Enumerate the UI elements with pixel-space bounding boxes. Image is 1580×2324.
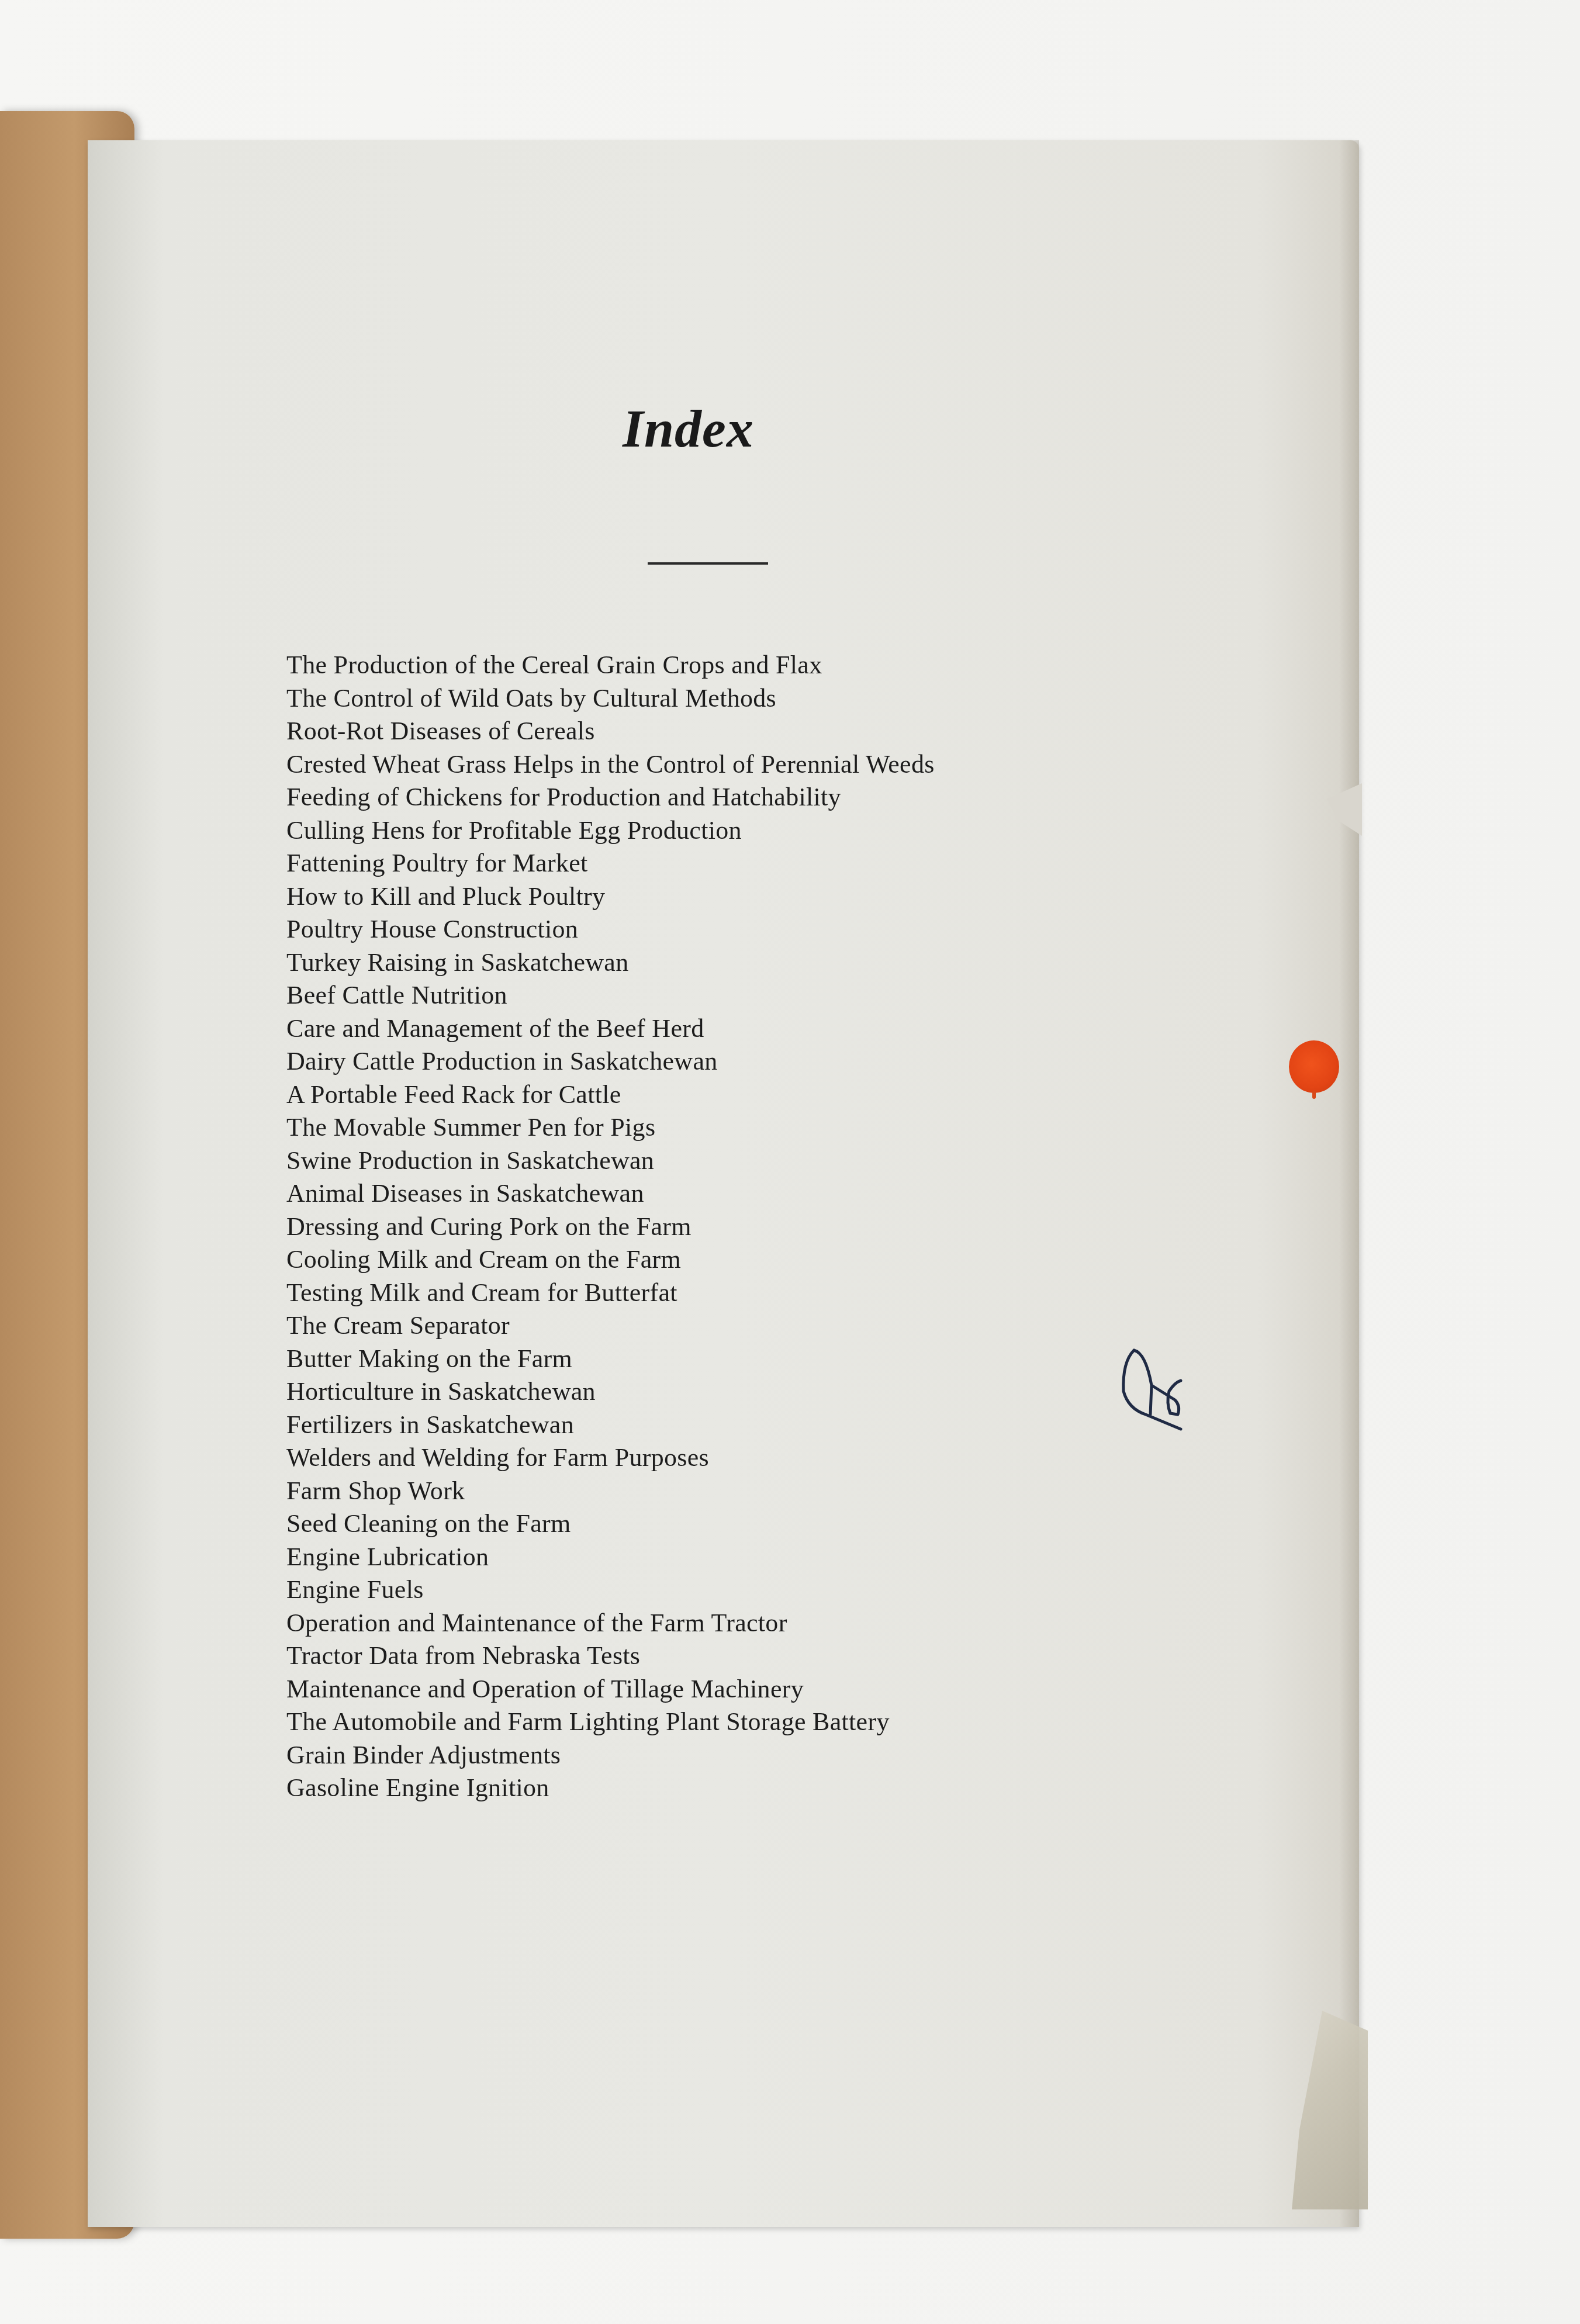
index-entry: Seed Cleaning on the Farm — [286, 1507, 935, 1541]
index-entry: Gasoline Engine Ignition — [286, 1772, 935, 1805]
index-entry: Horticulture in Saskatchewan — [286, 1375, 935, 1409]
index-entry: The Control of Wild Oats by Cultural Met… — [286, 682, 935, 715]
index-entry: The Production of the Cereal Grain Crops… — [286, 649, 935, 682]
index-entry: The Automobile and Farm Lighting Plant S… — [286, 1706, 935, 1739]
index-list: The Production of the Cereal Grain Crops… — [286, 649, 935, 1805]
index-entry: Root-Rot Diseases of Cereals — [286, 715, 935, 748]
index-entry: Testing Milk and Cream for Butterfat — [286, 1277, 935, 1310]
orange-ink-stain — [1289, 1040, 1339, 1093]
index-entry: Cooling Milk and Cream on the Farm — [286, 1243, 935, 1277]
index-entry: Dairy Cattle Production in Saskatchewan — [286, 1045, 935, 1078]
index-entry: Beef Cattle Nutrition — [286, 979, 935, 1012]
index-entry: Grain Binder Adjustments — [286, 1739, 935, 1772]
index-entry: Farm Shop Work — [286, 1475, 935, 1508]
index-entry: Dressing and Curing Pork on the Farm — [286, 1211, 935, 1244]
title-rule — [648, 562, 768, 565]
handwritten-pen-mark-icon — [1111, 1327, 1198, 1432]
index-entry: The Cream Separator — [286, 1309, 935, 1343]
index-entry: Feeding of Chickens for Production and H… — [286, 781, 935, 814]
index-entry: A Portable Feed Rack for Cattle — [286, 1078, 935, 1112]
index-entry: Fertilizers in Saskatchewan — [286, 1409, 935, 1442]
index-entry: Fattening Poultry for Market — [286, 847, 935, 880]
index-entry: Engine Fuels — [286, 1573, 935, 1607]
index-entry: Culling Hens for Profitable Egg Producti… — [286, 814, 935, 848]
index-entry: How to Kill and Pluck Poultry — [286, 880, 935, 914]
index-entry: Care and Management of the Beef Herd — [286, 1012, 935, 1046]
book-page: Index The Production of the Cereal Grain… — [88, 140, 1359, 2227]
index-entry: Crested Wheat Grass Helps in the Control… — [286, 748, 935, 781]
page-title: Index — [53, 397, 1324, 459]
index-entry: Tractor Data from Nebraska Tests — [286, 1640, 935, 1673]
page-edge-shadow — [1339, 140, 1359, 2227]
index-entry: Swine Production in Saskatchewan — [286, 1144, 935, 1178]
index-entry: The Movable Summer Pen for Pigs — [286, 1111, 935, 1144]
index-entry: Animal Diseases in Saskatchewan — [286, 1177, 935, 1211]
index-entry: Turkey Raising in Saskatchewan — [286, 946, 935, 980]
index-entry: Engine Lubrication — [286, 1541, 935, 1574]
index-entry: Welders and Welding for Farm Purposes — [286, 1441, 935, 1475]
index-entry: Operation and Maintenance of the Farm Tr… — [286, 1607, 935, 1640]
index-entry: Butter Making on the Farm — [286, 1343, 935, 1376]
index-entry: Poultry House Construction — [286, 913, 935, 946]
index-entry: Maintenance and Operation of Tillage Mac… — [286, 1673, 935, 1706]
